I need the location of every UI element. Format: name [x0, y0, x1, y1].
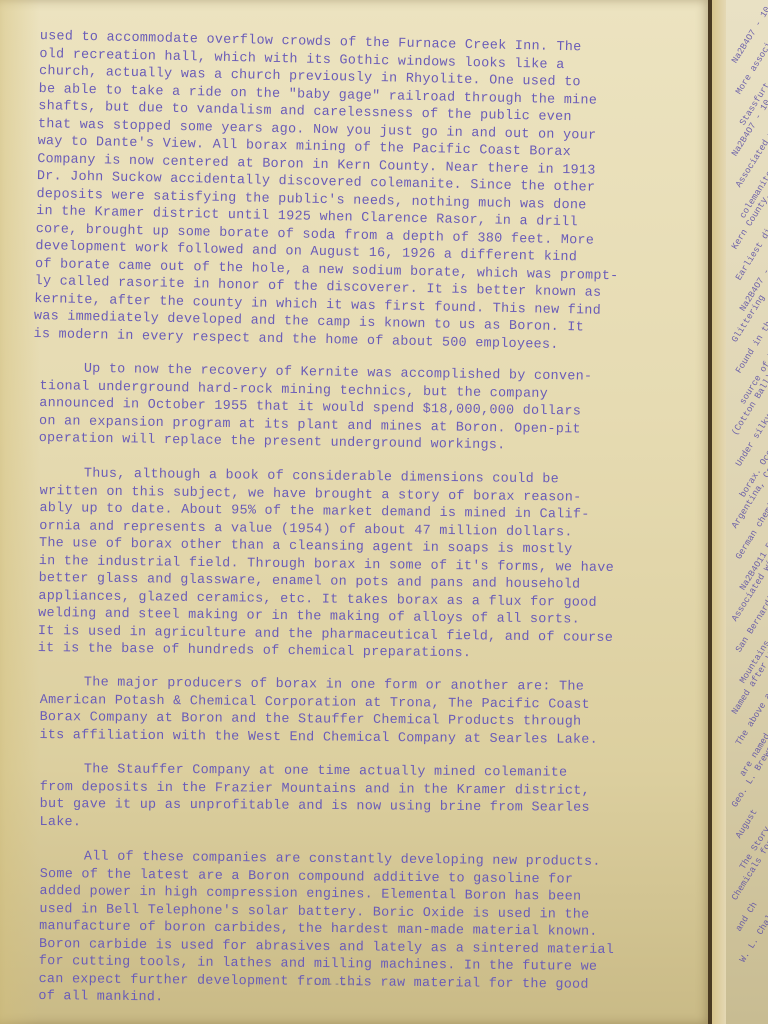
page-edge-shadow	[712, 0, 726, 1024]
paragraph: Thus, although a book of considerable di…	[38, 465, 700, 666]
typewritten-page: used to accommodate overflow crowds of t…	[0, 0, 712, 1024]
paragraph: The major producers of borax in one form…	[39, 674, 700, 750]
paragraph: The Stauffer Company at one time actuall…	[40, 761, 700, 836]
paragraph: All of these companies are constantly de…	[38, 848, 700, 1012]
end-of-text-mark: --------	[306, 980, 362, 991]
facing-page-edge: Na2B4O7 - 10 H2OMore associated wStassfu…	[712, 0, 768, 1024]
document-body: used to accommodate overflow crowds of t…	[40, 28, 700, 1006]
paragraph: used to accommodate overflow crowds of t…	[33, 28, 699, 357]
paragraph: Up to now the recovery of Kernite was ac…	[39, 360, 700, 458]
